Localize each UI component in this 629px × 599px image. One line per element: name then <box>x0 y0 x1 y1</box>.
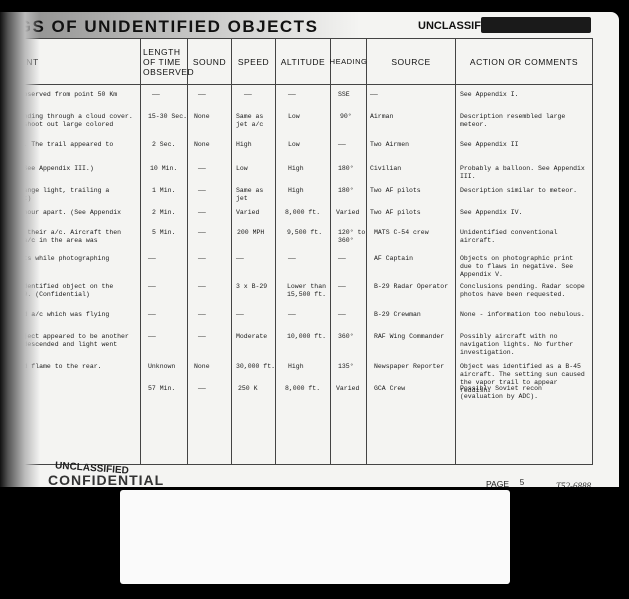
cell-sound: —— <box>198 91 206 99</box>
column-divider <box>275 39 276 464</box>
cell-length: 2 Min. <box>152 209 175 217</box>
reference-number: T52-6888 <box>556 481 591 487</box>
cell-action: Conclusions pending. Radar scope photos … <box>460 283 585 299</box>
cell-altitude: 8,000 ft. <box>285 209 320 217</box>
cell-heading: 180° <box>338 165 354 173</box>
blank-card <box>120 490 510 584</box>
cell-action: See Appendix I. <box>460 91 519 99</box>
cell-altitude: High <box>288 363 304 371</box>
redaction-bar <box>481 17 591 33</box>
cell-length: —— <box>148 333 156 341</box>
cell-heading: —— <box>338 311 346 319</box>
cell-length: —— <box>148 283 156 291</box>
cell-action: Description similar to meteor. <box>460 187 577 195</box>
cell-source: Airman <box>370 113 393 121</box>
cell-sound: —— <box>198 209 206 217</box>
cell-sound: —— <box>198 255 206 263</box>
cell-heading: SSE <box>338 91 350 99</box>
cell-source: RAF Wing Commander <box>374 333 444 341</box>
cell-heading: Varied <box>336 209 359 217</box>
cell-sound: —— <box>198 385 206 393</box>
cell-sound: —— <box>198 229 206 237</box>
cell-altitude: —— <box>288 91 296 99</box>
cell-source: B-29 Radar Operator <box>374 283 448 291</box>
cell-action: Unidentified conventional aircraft. <box>460 229 558 245</box>
header-source: SOURCE <box>367 39 455 84</box>
cell-heading: 120° to 360° <box>338 229 365 245</box>
cell-length: 15-30 Sec. <box>148 113 187 121</box>
cell-altitude: High <box>288 165 304 173</box>
header-length: LENGTH OF TIME OBSERVED <box>141 39 189 84</box>
cell-length: Unknown <box>148 363 175 371</box>
cell-action: None - information too nebulous. <box>460 311 585 319</box>
cell-speed: Low <box>236 165 248 173</box>
cell-altitude: —— <box>288 255 296 263</box>
cell-source: MATS C-54 crew <box>374 229 429 237</box>
column-divider <box>231 39 232 464</box>
cell-altitude: Low <box>288 141 300 149</box>
cell-action: Probably a balloon. See Appendix III. <box>460 165 585 181</box>
cell-action: Objects on photographic print due to fla… <box>460 255 573 279</box>
cell-speed: High <box>236 141 252 149</box>
cell-source: Civilian <box>370 165 401 173</box>
header-sound: SOUND <box>188 39 231 84</box>
cell-length: —— <box>152 91 160 99</box>
cell-source: —— <box>370 91 378 99</box>
cell-length: 10 Min. <box>150 165 177 173</box>
cell-speed: Moderate <box>236 333 267 341</box>
cell-length: —— <box>148 311 156 319</box>
scan-shadow-left <box>0 12 40 487</box>
cell-speed: Same as jet a/c <box>236 113 263 129</box>
cell-altitude: Lower than 15,500 ft. <box>287 283 326 299</box>
cell-action: Possibly Soviet recon (evaluation by ADC… <box>460 385 542 401</box>
cell-speed: —— <box>244 91 252 99</box>
header-altitude: ALTITUDE <box>276 39 330 84</box>
cell-action: Description resembled large meteor. <box>460 113 565 129</box>
cell-source: AF Captain <box>374 255 413 263</box>
cell-heading: —— <box>338 255 346 263</box>
cell-heading: 180° <box>338 187 354 195</box>
page-number: 5 <box>513 478 531 487</box>
cell-action: See Appendix IV. <box>460 209 522 217</box>
cell-speed: 200 MPH <box>237 229 264 237</box>
cell-speed: Same as jet <box>236 187 263 203</box>
cell-speed: —— <box>236 255 244 263</box>
cell-altitude: 9,500 ft. <box>287 229 322 237</box>
cell-heading: 90° <box>340 113 352 121</box>
cell-action: See Appendix II <box>460 141 519 149</box>
column-divider <box>140 39 141 464</box>
cell-speed: 30,000 ft. <box>236 363 275 371</box>
header-divider <box>0 84 592 85</box>
cell-source: B-29 Crewman <box>374 311 421 319</box>
cell-sound: —— <box>198 283 206 291</box>
cell-action: Possibly aircraft with no navigation lig… <box>460 333 573 357</box>
cell-sound: —— <box>198 311 206 319</box>
cell-heading: —— <box>338 283 346 291</box>
cell-heading: Varied <box>336 385 359 393</box>
cell-speed: Varied <box>236 209 259 217</box>
cell-altitude: —— <box>288 311 296 319</box>
header-action: ACTION OR COMMENTS <box>456 39 592 84</box>
column-divider <box>330 39 331 464</box>
sightings-table: CIDENT LENGTH OF TIME OBSERVED SOUND SPE… <box>0 38 593 465</box>
cell-altitude: Low <box>288 113 300 121</box>
cell-heading: 360° <box>338 333 354 341</box>
cell-sound: None <box>194 141 210 149</box>
cell-sound: —— <box>198 187 206 195</box>
page-label: PAGE <box>486 479 509 487</box>
header-heading: HEADING <box>331 39 366 84</box>
column-divider <box>187 39 188 464</box>
cell-speed: 250 K <box>238 385 258 393</box>
confidential-stamp: CONFIDENTIAL <box>48 472 164 487</box>
cell-altitude: 8,000 ft. <box>285 385 320 393</box>
cell-source: GCA Crew <box>374 385 405 393</box>
cell-speed: —— <box>236 311 244 319</box>
header-speed: SPEED <box>232 39 275 84</box>
cell-source: Two AF pilots <box>370 209 421 217</box>
cell-length: 5 Min. <box>152 229 175 237</box>
cell-heading: —— <box>338 141 346 149</box>
cell-length: 57 Min. <box>148 385 175 393</box>
column-divider <box>455 39 456 464</box>
cell-speed: 3 x B-29 <box>236 283 267 291</box>
column-divider <box>366 39 367 464</box>
cell-altitude: High <box>288 187 304 195</box>
cell-source: Newspaper Reporter <box>374 363 444 371</box>
cell-heading: 135° <box>338 363 354 371</box>
cell-length: 1 Min. <box>152 187 175 195</box>
cell-sound: None <box>194 363 210 371</box>
document-title: NGS OF UNIDENTIFIED OBJECTS <box>4 17 318 37</box>
cell-sound: —— <box>198 165 206 173</box>
cell-sound: None <box>194 113 210 121</box>
cell-source: Two Airmen <box>370 141 409 149</box>
cell-length: —— <box>148 255 156 263</box>
document-page: NGS OF UNIDENTIFIED OBJECTS UNCLASSIFIED… <box>0 12 619 487</box>
cell-altitude: 10,000 ft. <box>287 333 326 341</box>
cell-sound: —— <box>198 333 206 341</box>
cell-length: 2 Sec. <box>152 141 175 149</box>
cell-source: Two AF pilots <box>370 187 421 195</box>
